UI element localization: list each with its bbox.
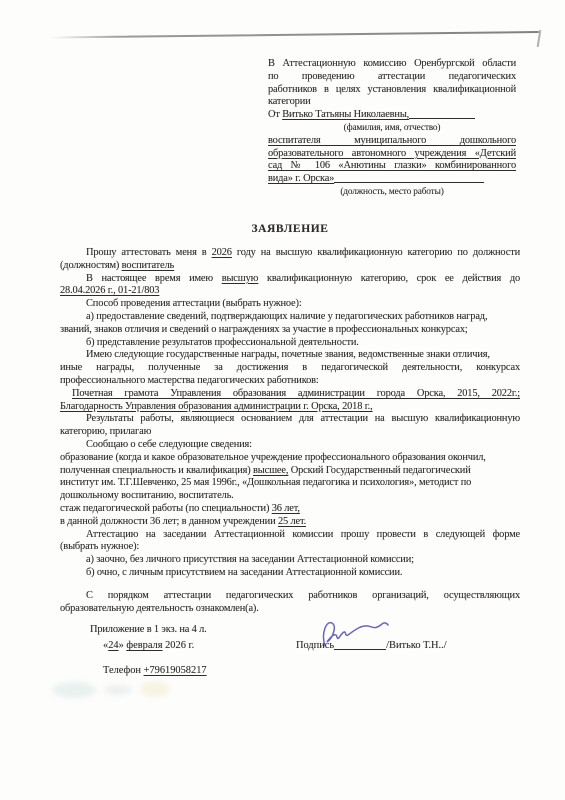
text-line: Способ проведения аттестации (выбрать ну… — [60, 298, 520, 311]
text-line: Имею следующие государственные награды, … — [60, 349, 520, 362]
text-segment: Прошу аттестовать меня в — [86, 247, 212, 258]
text-segment: Почетная грамота Управления образования … — [72, 388, 520, 399]
text-line: образование (когда и какое образовательн… — [60, 452, 520, 465]
text-line: «24» февраля 2026 г. — [103, 640, 194, 653]
text-line: (фамилия, имя, отчество) — [268, 122, 516, 135]
text-segment: С порядком аттестации педагогических раб… — [86, 590, 520, 601]
text-line: В настоящее время имею высшую квалификац… — [60, 273, 520, 286]
text-line: а) заочно, без личного присутствия на за… — [60, 554, 520, 567]
text-segment: 36 лет, — [272, 503, 300, 514]
text-segment: высшее, — [253, 465, 288, 476]
text-segment: 24 — [108, 640, 118, 651]
scanned-application-page: В Аттестационную комиссию Оренбургской о… — [0, 0, 565, 800]
document-title: ЗАЯВЛЕНИЕ — [60, 223, 520, 235]
text-line: 28.04.2026 г., 01-21/803 — [60, 285, 520, 298]
text-line: работников в целях установления квалифик… — [268, 84, 516, 97]
text-line: Прошу аттестовать меня в 2026 году на вы… — [60, 247, 520, 260]
text-segment: (должностям) — [60, 260, 122, 271]
text-segment: иные награды, полученные за достижения в… — [60, 362, 520, 373]
text-line: сад № 106 «Анютины глазки» комбинированн… — [268, 160, 516, 173]
text-line: по проведению аттестации педагогических — [268, 71, 516, 84]
text-line: институт им. Т.Г.Шевченко, 25 мая 1996г.… — [60, 477, 520, 490]
text-segment: Способ проведения аттестации (выбрать ну… — [86, 298, 302, 309]
text-line: (должность, место работы) — [268, 186, 516, 199]
text-segment: образование (когда и какое образовательн… — [60, 452, 486, 463]
text-segment: (выбрать нужное): — [60, 541, 139, 552]
text-line: Результаты работы, являющиеся основанием… — [60, 413, 520, 426]
text-segment: (должность, место работы) — [340, 187, 443, 197]
text-segment: воспитателя муниципального дошкольного — [268, 135, 516, 146]
text-segment: февраля — [126, 640, 162, 651]
recipient-block: В Аттестационную комиссию Оренбургской о… — [268, 58, 516, 199]
text-line: профессионального мастерства педагогичес… — [60, 375, 520, 388]
text-line: образовательную деятельность ознакомлен(… — [60, 603, 520, 616]
text-line: в данной должности 36 лет; в данном учре… — [60, 516, 520, 529]
text-segment: а) предоставление сведений, подтверждающ… — [86, 311, 487, 322]
text-segment: высшую — [222, 273, 259, 284]
text-segment: +79619058217 — [144, 665, 207, 676]
text-line: полученная специальность и квалификация)… — [60, 465, 520, 478]
text-segment: а) заочно, без личного присутствия на за… — [86, 554, 414, 565]
text-segment: 2026 — [212, 247, 232, 258]
scan-artifact — [52, 682, 96, 698]
text-segment: 2026 г. — [163, 640, 195, 651]
document-body: Прошу аттестовать меня в 2026 году на вы… — [60, 247, 520, 637]
text-segment: Благодарность Управления образования адм… — [60, 401, 373, 412]
text-segment: Приложение в 1 экз. на 4 л. — [90, 624, 207, 635]
text-segment: категории — [268, 96, 311, 107]
text-segment: Витько Татьяны Николаевны, — [282, 109, 409, 120]
text-segment: образовательного автономного учреждения … — [268, 148, 516, 159]
text-segment: Орский Государственный педагогический — [288, 465, 470, 476]
text-segment: б) очно, с личным присутствием на заседа… — [86, 567, 402, 578]
text-segment: б) представление результатов профессиона… — [86, 337, 359, 348]
text-line: б) представление результатов профессиона… — [60, 337, 520, 350]
text-segment: сад № 106 «Анютины глазки» комбинированн… — [268, 160, 516, 171]
text-line: Почетная грамота Управления образования … — [60, 388, 520, 401]
text-segment: /Витько Т.Н../ — [386, 640, 446, 651]
text-line: (должностям) воспитатель — [60, 260, 520, 273]
text-line: С порядком аттестации педагогических раб… — [60, 590, 520, 603]
signature-stroke — [324, 623, 388, 646]
text-segment: Телефон — [103, 665, 144, 676]
text-segment: работников в целях установления квалифик… — [268, 84, 516, 95]
text-line: Телефон +79619058217 — [103, 665, 207, 678]
text-line: (выбрать нужное): — [60, 541, 520, 554]
scan-artifact — [104, 685, 132, 695]
text-segment: полученная специальность и квалификация) — [60, 465, 253, 476]
text-segment: Имею следующие государственные награды, … — [86, 349, 490, 360]
handwritten-signature — [318, 616, 390, 652]
text-segment: В Аттестационную комиссию Оренбургской о… — [268, 58, 516, 69]
text-line: категорию, прилагаю — [60, 426, 520, 439]
text-segment: От — [268, 109, 282, 120]
text-segment: (фамилия, имя, отчество) — [344, 123, 441, 133]
text-line: образовательного автономного учреждения … — [268, 148, 516, 161]
text-line: а) предоставление сведений, подтверждающ… — [60, 311, 520, 324]
text-line: категории — [268, 96, 516, 109]
phone-line: Телефон +79619058217 — [103, 665, 207, 678]
text-line: Сообщаю о себе следующие сведения: — [60, 439, 520, 452]
blank-underline — [409, 118, 475, 119]
text-line: б) очно, с личным присутствием на заседа… — [60, 567, 520, 580]
text-line: Аттестацию на заседании Аттестационной к… — [60, 529, 520, 542]
text-segment: В настоящее время имею — [86, 273, 222, 284]
text-segment: воспитатель — [122, 260, 174, 271]
text-segment: профессионального мастерства педагогичес… — [60, 375, 319, 386]
scan-artifact — [140, 681, 170, 697]
text-segment: дошкольному воспитанию, воспитатель. — [60, 490, 234, 501]
text-line: Благодарность Управления образования адм… — [60, 401, 520, 414]
text-segment: Результаты работы, являющиеся основанием… — [86, 413, 520, 424]
text-segment: категорию, прилагаю — [60, 426, 151, 437]
text-line: вида» г. Орска» — [268, 173, 516, 186]
text-segment: институт им. Т.Г.Шевченко, 25 мая 1996г.… — [60, 477, 471, 488]
text-segment: вида» г. Орска» — [268, 173, 334, 184]
text-segment: званий, знаков отличия и сведений о нагр… — [60, 324, 468, 335]
text-segment: 28.04.2026 г., 01-21/803 — [60, 285, 159, 296]
text-segment: стаж педагогической работы (по специальн… — [60, 503, 272, 514]
text-segment: образовательную деятельность ознакомлен(… — [60, 603, 259, 614]
text-line: дошкольному воспитанию, воспитатель. — [60, 490, 520, 503]
text-segment: 25 лет. — [278, 516, 306, 527]
text-segment: по проведению аттестации педагогических — [268, 71, 516, 82]
blank-underline — [334, 182, 484, 183]
text-line: В Аттестационную комиссию Оренбургской о… — [268, 58, 516, 71]
text-line: От Витько Татьяны Николаевны, — [268, 109, 516, 122]
text-line: воспитателя муниципального дошкольного — [268, 135, 516, 148]
text-segment: Аттестацию на заседании Аттестационной к… — [86, 529, 520, 540]
text-segment: Сообщаю о себе следующие сведения: — [86, 439, 252, 450]
text-line: иные награды, полученные за достижения в… — [60, 362, 520, 375]
date-line: «24» февраля 2026 г. — [103, 640, 194, 653]
page-edge-line — [50, 31, 539, 39]
text-segment: году на высшую квалификационную категори… — [232, 247, 520, 258]
text-segment: в данной должности 36 лет; в данном учре… — [60, 516, 278, 527]
text-segment: квалификационную категорию, срок ее дейс… — [258, 273, 520, 284]
text-line: званий, знаков отличия и сведений о нагр… — [60, 324, 520, 337]
text-line: Приложение в 1 экз. на 4 л. — [60, 624, 520, 637]
text-line: стаж педагогической работы (по специальн… — [60, 503, 520, 516]
